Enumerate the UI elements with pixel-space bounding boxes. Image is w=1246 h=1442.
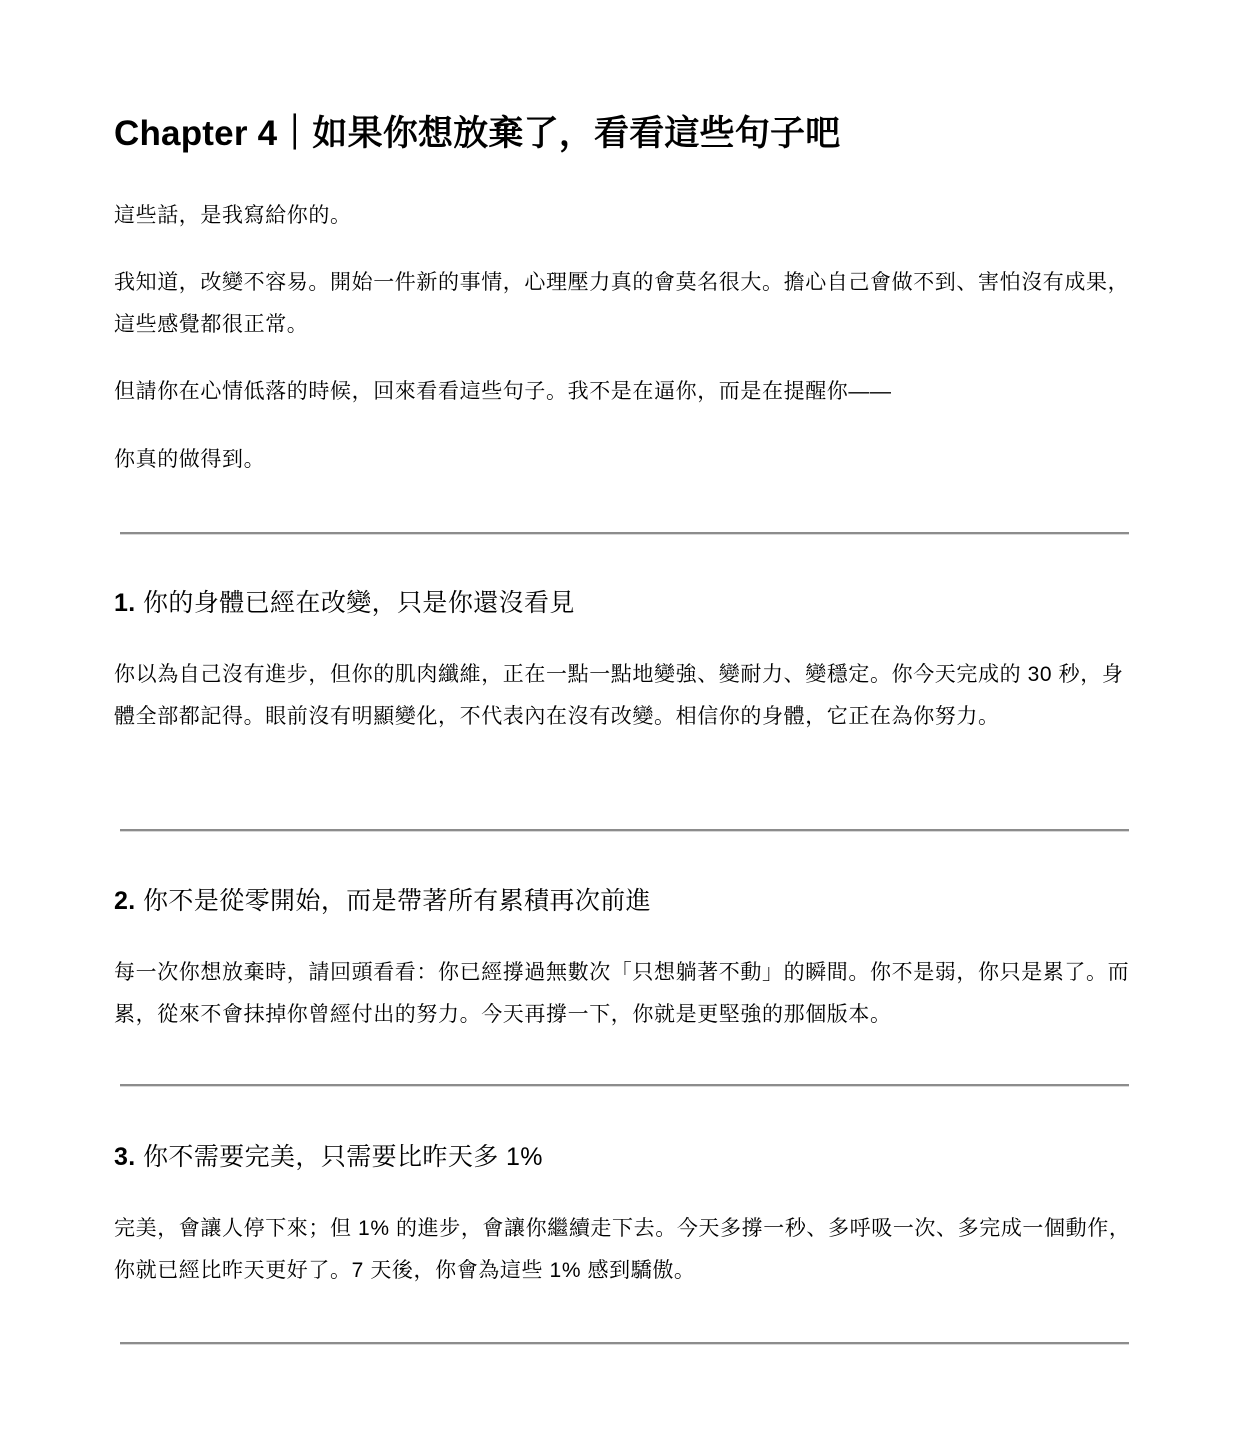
divider — [120, 532, 1129, 535]
intro-paragraph-3: 但請你在心情低落的時候，回來看看這些句子。我不是在逼你，而是在提醒你—— — [114, 371, 1134, 413]
section-number: 2. — [114, 887, 136, 915]
section-heading: 2. 你不是從零開始，而是帶著所有累積再次前進 — [114, 884, 651, 918]
divider — [120, 1342, 1129, 1345]
section-heading: 1. 你的身體已經在改變，只是你還沒看見 — [114, 586, 575, 620]
section-number: 3. — [114, 1143, 136, 1171]
intro-paragraph-2: 我知道，改變不容易。開始一件新的事情，心理壓力真的會莫名很大。擔心自己會做不到、… — [114, 262, 1134, 346]
divider — [120, 1084, 1129, 1087]
section-number: 1. — [114, 589, 136, 617]
section-heading-text: 你的身體已經在改變，只是你還沒看見 — [143, 589, 575, 617]
section-body: 你以為自己沒有進步，但你的肌肉纖維，正在一點一點地變強、變耐力、變穩定。你今天完… — [114, 654, 1134, 738]
intro-paragraph-4: 你真的做得到。 — [114, 439, 1134, 481]
section-heading: 3. 你不需要完美，只需要比昨天多 1% — [114, 1140, 543, 1174]
section-body: 完美，會讓人停下來；但 1% 的進步，會讓你繼續走下去。今天多撐一秒、多呼吸一次… — [114, 1208, 1134, 1292]
section-body: 每一次你想放棄時，請回頭看看：你已經撐過無數次「只想躺著不動」的瞬間。你不是弱，… — [114, 952, 1134, 1036]
intro-paragraph-1: 這些話，是我寫給你的。 — [114, 195, 1134, 237]
section-heading-text: 你不是從零開始，而是帶著所有累積再次前進 — [143, 887, 651, 915]
section-heading-text: 你不需要完美，只需要比昨天多 1% — [143, 1143, 543, 1171]
divider — [120, 829, 1129, 832]
chapter-title: Chapter 4｜如果你想放棄了，看看這些句子吧 — [114, 112, 840, 156]
